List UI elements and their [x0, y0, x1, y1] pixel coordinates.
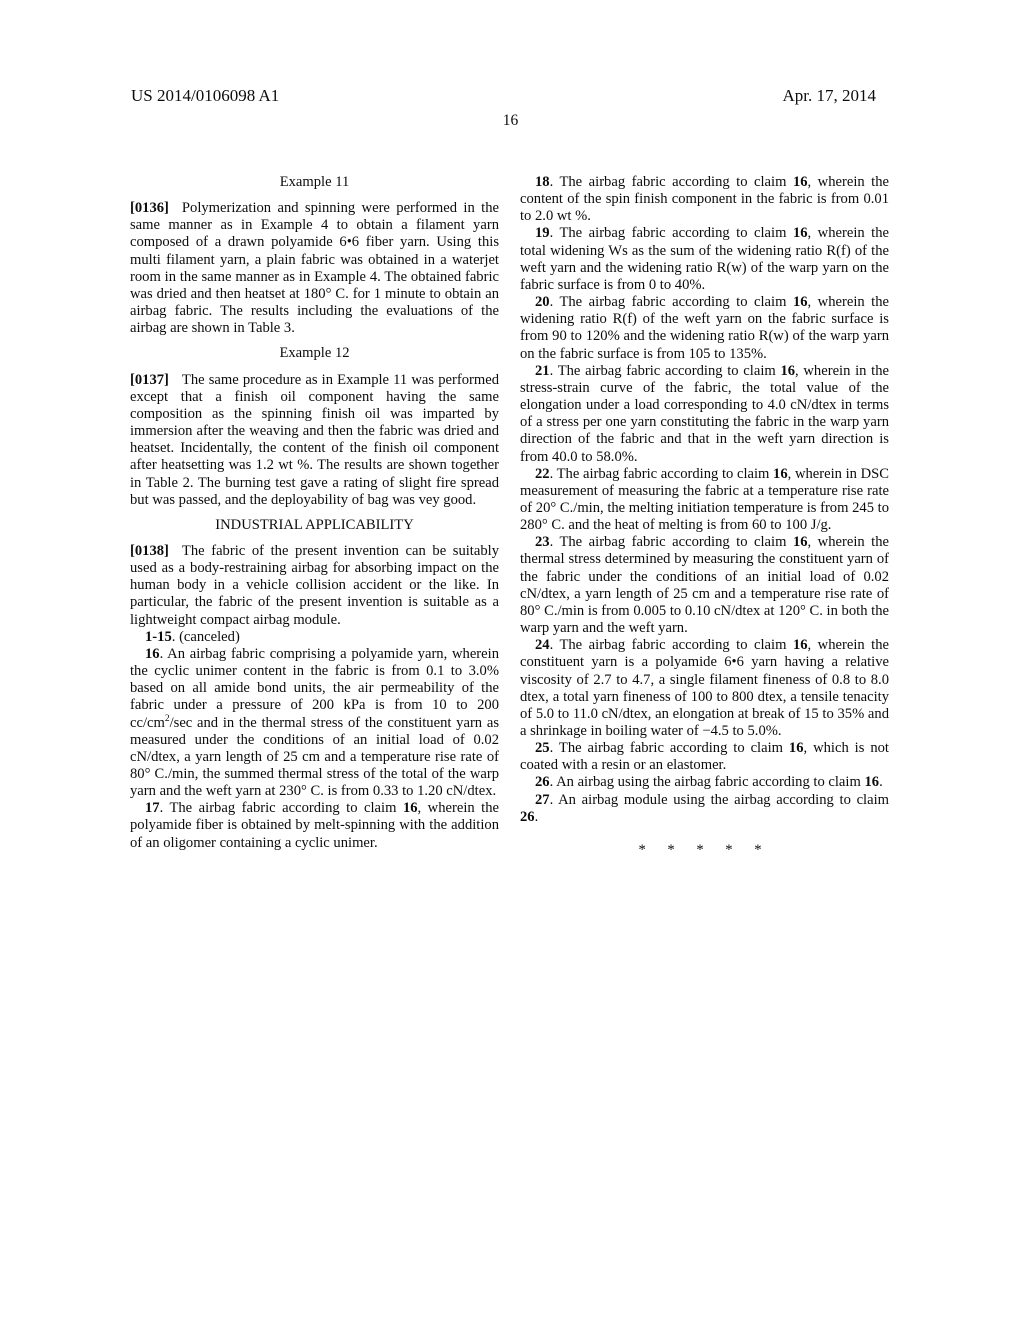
document-body: Example 11[0136]Polymerization and spinn…	[0, 174, 1024, 859]
right-column: 18. The airbag fabric according to claim…	[520, 174, 889, 859]
body-paragraph: [0136]Polymerization and spinning were p…	[130, 200, 499, 337]
claim-paragraph: 23. The airbag fabric according to claim…	[520, 534, 889, 637]
claim-paragraph: 20. The airbag fabric according to claim…	[520, 294, 889, 363]
claim-paragraph: 25. The airbag fabric according to claim…	[520, 740, 889, 774]
section-heading: Example 12	[130, 345, 499, 362]
claim-paragraph: 17. The airbag fabric according to claim…	[130, 800, 499, 851]
end-of-claims-marker: * * * * *	[520, 842, 889, 859]
claim-paragraph: 26. An airbag using the airbag fabric ac…	[520, 774, 889, 791]
body-paragraph: [0138]The fabric of the present inventio…	[130, 543, 499, 629]
left-column: Example 11[0136]Polymerization and spinn…	[130, 174, 499, 859]
page-header: US 2014/0106098 A1 Apr. 17, 2014	[0, 0, 1024, 106]
claim-paragraph: 21. The airbag fabric according to claim…	[520, 363, 889, 466]
claim-paragraph: 18. The airbag fabric according to claim…	[520, 174, 889, 225]
claim-paragraph: 27. An airbag module using the airbag ac…	[520, 792, 889, 826]
page-number: 16	[503, 112, 519, 129]
patent-number: US 2014/0106098 A1	[131, 86, 279, 106]
claim-paragraph: 16. An airbag fabric comprising a polyam…	[130, 646, 499, 800]
claim-paragraph: 22. The airbag fabric according to claim…	[520, 466, 889, 535]
publication-date: Apr. 17, 2014	[783, 86, 877, 106]
claim-paragraph: 19. The airbag fabric according to claim…	[520, 225, 889, 294]
body-paragraph: [0137]The same procedure as in Example 1…	[130, 372, 499, 509]
claim-paragraph: 1-15. (canceled)	[130, 629, 499, 646]
section-heading: Example 11	[130, 174, 499, 191]
section-heading: INDUSTRIAL APPLICABILITY	[130, 517, 499, 534]
claim-paragraph: 24. The airbag fabric according to claim…	[520, 637, 889, 740]
